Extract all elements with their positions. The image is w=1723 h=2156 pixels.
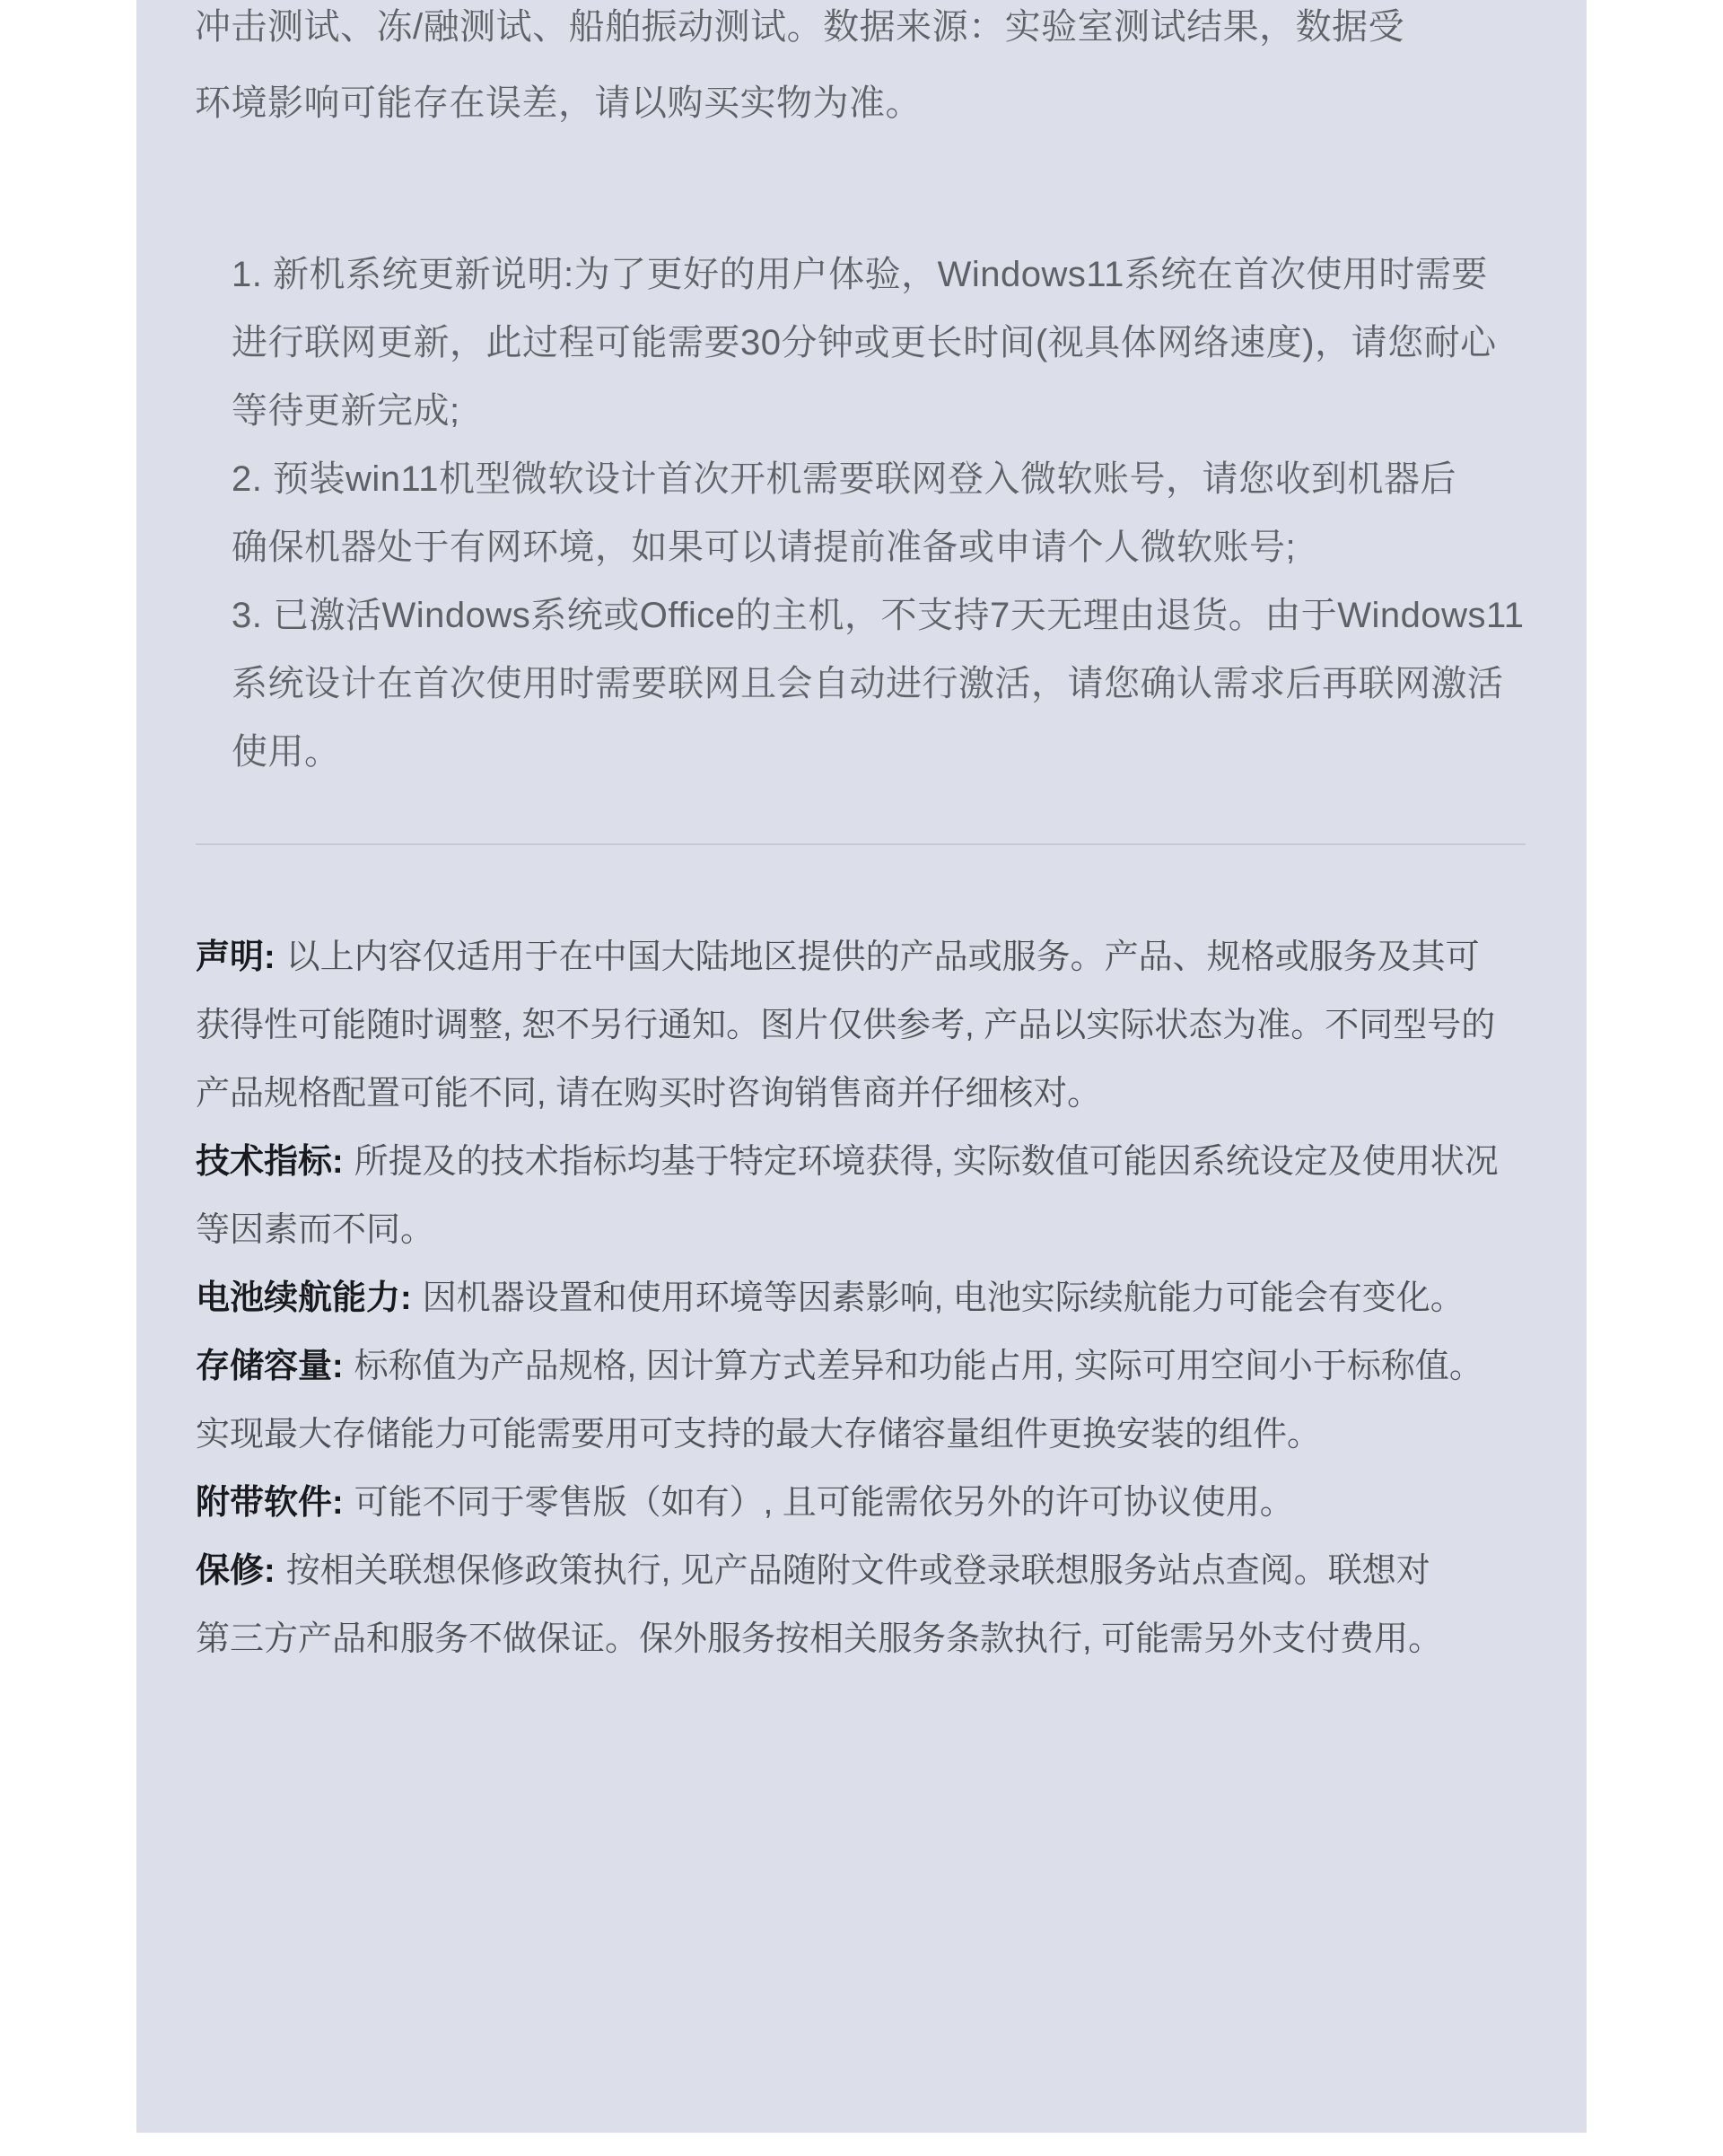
- disclaimer-label: 存储容量:: [196, 1348, 344, 1385]
- disclaimer-label: 声明:: [196, 938, 276, 976]
- disclaimer-label: 附带软件:: [196, 1484, 344, 1522]
- page: { "colors": { "page_background": "#fffff…: [0, 0, 1723, 2156]
- disclaimer-line: 实现最大存储能力可能需要用可支持的最大存储容量组件更换安装的组件。: [196, 1401, 1499, 1469]
- disclaimer-section: 声明:以上内容仅适用于在中国大陆地区提供的产品或服务。产品、规格或服务及其可 获…: [196, 923, 1499, 1673]
- system-note-line: 2. 预装win11机型微软设计首次开机需要联网登入微软账号，请您收到机器后: [232, 445, 1525, 513]
- disclaimer-line: 等因素而不同。: [196, 1196, 1499, 1264]
- system-update-notes: 1. 新机系统更新说明:为了更好的用户体验，Windows11系统在首次使用时需…: [232, 240, 1525, 786]
- disclaimer-entry-statement: 声明:以上内容仅适用于在中国大陆地区提供的产品或服务。产品、规格或服务及其可 获…: [196, 923, 1499, 1128]
- disclaimer-entry-storage: 存储容量:标称值为产品规格, 因计算方式差异和功能占用, 实际可用空间小于标称值…: [196, 1332, 1499, 1469]
- disclaimer-text: 标称值为产品规格, 因计算方式差异和功能占用, 实际可用空间小于标称值。: [354, 1348, 1483, 1385]
- system-note-line: 系统设计在首次使用时需要联网且会自动进行激活，请您确认需求后再联网激活: [232, 650, 1525, 718]
- disclaimer-line: 产品规格配置可能不同, 请在购买时咨询销售商并仔细核对。: [196, 1060, 1499, 1128]
- disclaimer-line: 获得性可能随时调整, 恕不另行通知。图片仅供参考, 产品以实际状态为准。不同型号…: [196, 991, 1499, 1060]
- disclaimer-entry-software: 附带软件:可能不同于零售版（如有）, 且可能需依另外的许可协议使用。: [196, 1469, 1499, 1537]
- system-note-line: 等待更新完成;: [232, 377, 1525, 445]
- test-data-note-line: 环境影响可能存在误差，请以购买实物为准。: [195, 65, 1404, 142]
- disclaimer-line: 第三方产品和服务不做保证。保外服务按相关服务条款执行, 可能需另外支付费用。: [196, 1605, 1499, 1673]
- disclaimer-line: 电池续航能力:因机器设置和使用环境等因素影响, 电池实际续航能力可能会有变化。: [196, 1264, 1499, 1332]
- disclaimer-text: 可能不同于零售版（如有）, 且可能需依另外的许可协议使用。: [354, 1484, 1294, 1522]
- disclaimer-text: 所提及的技术指标均基于特定环境获得, 实际数值可能因系统设定及使用状况: [354, 1143, 1499, 1181]
- test-data-note-line: 冲击测试、冻/融测试、船舶振动测试。数据来源：实验室测试结果，数据受: [195, 0, 1404, 65]
- system-note-line: 确保机器处于有网环境，如果可以请提前准备或申请个人微软账号;: [232, 513, 1525, 581]
- disclaimer-entry-battery: 电池续航能力:因机器设置和使用环境等因素影响, 电池实际续航能力可能会有变化。: [196, 1264, 1499, 1332]
- disclaimer-label: 保修:: [196, 1552, 276, 1590]
- system-note-line: 1. 新机系统更新说明:为了更好的用户体验，Windows11系统在首次使用时需…: [232, 240, 1525, 309]
- system-note-line: 进行联网更新，此过程可能需要30分钟或更长时间(视具体网络速度)，请您耐心: [232, 309, 1525, 377]
- disclaimer-line: 声明:以上内容仅适用于在中国大陆地区提供的产品或服务。产品、规格或服务及其可: [196, 923, 1499, 991]
- disclaimer-text: 以上内容仅适用于在中国大陆地区提供的产品或服务。产品、规格或服务及其可: [286, 938, 1480, 976]
- disclaimer-line: 保修:按相关联想保修政策执行, 见产品随附文件或登录联想服务站点查阅。联想对: [196, 1537, 1499, 1605]
- disclaimer-label: 电池续航能力:: [196, 1279, 412, 1317]
- disclaimer-line: 存储容量:标称值为产品规格, 因计算方式差异和功能占用, 实际可用空间小于标称值…: [196, 1332, 1499, 1401]
- disclaimer-text: 因机器设置和使用环境等因素影响, 电池实际续航能力可能会有变化。: [423, 1279, 1465, 1317]
- system-note-line: 3. 已激活Windows系统或Office的主机，不支持7天无理由退货。由于W…: [232, 581, 1525, 650]
- disclaimer-entry-tech-specs: 技术指标:所提及的技术指标均基于特定环境获得, 实际数值可能因系统设定及使用状况…: [196, 1128, 1499, 1264]
- system-note-line: 使用。: [232, 718, 1525, 786]
- test-data-note: 冲击测试、冻/融测试、船舶振动测试。数据来源：实验室测试结果，数据受 环境影响可…: [195, 0, 1404, 142]
- disclaimer-line: 附带软件:可能不同于零售版（如有）, 且可能需依另外的许可协议使用。: [196, 1469, 1499, 1537]
- disclaimer-line: 技术指标:所提及的技术指标均基于特定环境获得, 实际数值可能因系统设定及使用状况: [196, 1128, 1499, 1196]
- disclaimer-label: 技术指标:: [196, 1143, 344, 1181]
- disclaimer-entry-warranty: 保修:按相关联想保修政策执行, 见产品随附文件或登录联想服务站点查阅。联想对 第…: [196, 1537, 1499, 1673]
- section-divider: [196, 843, 1526, 845]
- disclaimer-text: 按相关联想保修政策执行, 见产品随附文件或登录联想服务站点查阅。联想对: [286, 1552, 1430, 1590]
